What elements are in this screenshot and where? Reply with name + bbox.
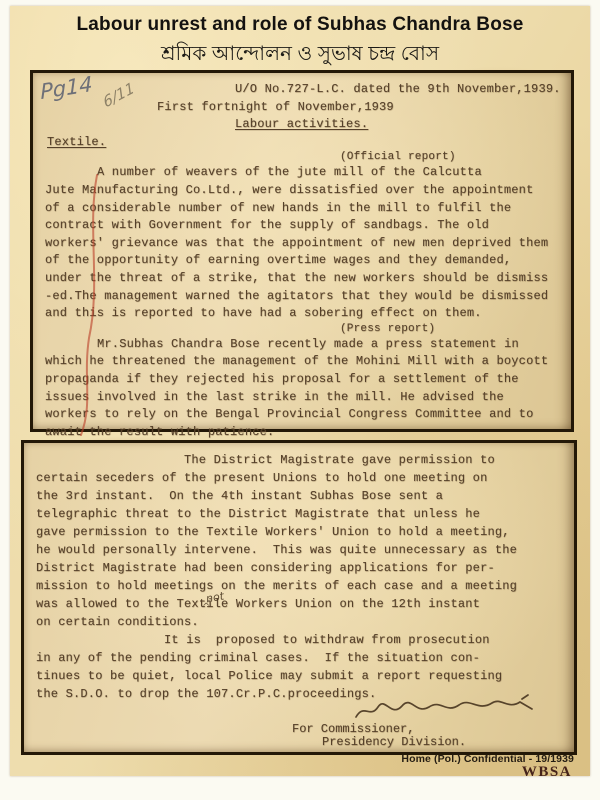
signature-block: For Commissioner, Presidency Division.	[292, 693, 552, 749]
page-title: Labour unrest and role of Subhas Chandra…	[10, 14, 590, 36]
red-margin-line	[73, 173, 107, 438]
typewritten-line: (Press report)	[340, 323, 565, 336]
insertion-caret-mark: ^	[202, 602, 210, 613]
archive-page: Labour unrest and role of Subhas Chandra…	[10, 6, 590, 776]
typewritten-line: The District Magistrate gave permission …	[184, 451, 568, 469]
page-header: Labour unrest and role of Subhas Chandra…	[10, 14, 590, 72]
typewritten-line: U/O No.727-L.C. dated the 9th November,1…	[235, 81, 565, 99]
signature-scrawl	[352, 693, 542, 723]
typewritten-line: workers' grievance was that the appointm…	[45, 235, 565, 253]
typewritten-line: Labour activities.	[235, 116, 565, 134]
typewritten-line: await the result with patience.	[45, 424, 565, 442]
typewritten-line: of a considerable number of new hands in…	[45, 200, 565, 218]
typewritten-line: mission to hold meetings on the merits o…	[36, 577, 568, 595]
typewritten-line: and this is reported to have had a sober…	[45, 305, 565, 323]
typewritten-line: gave permission to the Textile Workers' …	[36, 523, 568, 541]
typewritten-line: on certain conditions.	[36, 613, 568, 631]
typewritten-line: tinues to be quiet, local Police may sub…	[36, 667, 568, 685]
typewritten-line: telegraphic threat to the District Magis…	[36, 505, 568, 523]
typewritten-line: (Official report)	[340, 151, 565, 164]
typewritten-line: Mr.Subhas Chandra Bose recently made a p…	[97, 336, 565, 354]
typewritten-line: issues involved in the last strike in th…	[45, 389, 565, 407]
document1-text: U/O No.727-L.C. dated the 9th November,1…	[45, 81, 565, 441]
signature-division-line: Presidency Division.	[322, 736, 552, 749]
typewritten-line: under the threat of a strike, that the n…	[45, 270, 565, 288]
typewritten-line: in any of the pending criminal cases. If…	[36, 649, 568, 667]
typewritten-line: A number of weavers of the jute mill of …	[97, 164, 565, 182]
typewritten-line: the 3rd instant. On the 4th instant Subh…	[36, 487, 568, 505]
page-subtitle-bengali: শ্রমিক আন্দোলন ও সুভাষ চন্দ্র বোস	[10, 39, 590, 72]
typewritten-line: First fortnight of November,1939	[157, 99, 565, 117]
typewritten-line: Textile.	[47, 134, 565, 152]
document-scan-2: The District Magistrate gave permission …	[21, 440, 577, 755]
typewritten-line: which he threatened the management of th…	[45, 353, 565, 371]
document2-text: The District Magistrate gave permission …	[36, 451, 568, 703]
typewritten-line: was allowed to the Textile Workers Union…	[36, 595, 568, 613]
document-scan-1: U/O No.727-L.C. dated the 9th November,1…	[30, 70, 574, 432]
typewritten-line: -ed.The management warned the agitators …	[45, 288, 565, 306]
typewritten-line: It is proposed to withdraw from prosecut…	[164, 631, 568, 649]
typewritten-line: District Magistrate had been considering…	[36, 559, 568, 577]
typewritten-line: propaganda if they rejected his proposal…	[45, 371, 565, 389]
typewritten-line: workers to rely on the Bengal Provincial…	[45, 406, 565, 424]
typewritten-line: he would personally intervene. This was …	[36, 541, 568, 559]
archive-name-label: WBSA	[522, 764, 572, 781]
typewritten-line: certain seceders of the present Unions t…	[36, 469, 568, 487]
typewritten-line: of the opportunity of earning overtime w…	[45, 252, 565, 270]
typewritten-line: Jute Manufacturing Co.Ltd., were dissati…	[45, 182, 565, 200]
typewritten-line: contract with Government for the supply …	[45, 217, 565, 235]
